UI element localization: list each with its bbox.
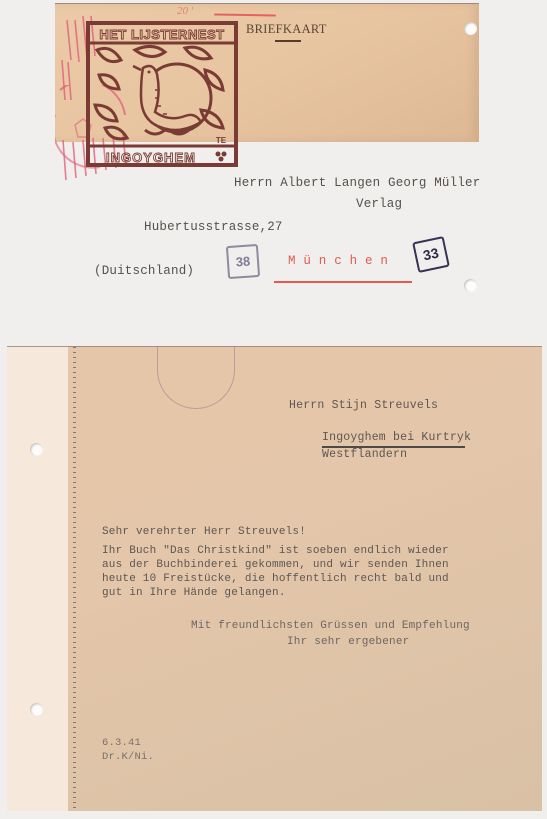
recipient-street: Hubertusstrasse,27	[144, 220, 283, 234]
punch-hole	[464, 279, 477, 292]
briefkaart-title: BRIEFKAART	[246, 22, 327, 37]
recipient-city: M ü n c h e n	[288, 254, 388, 268]
body-line-4: gut in Ihre Hände gelangen.	[102, 587, 286, 599]
pencil-note: 20 ′	[177, 5, 193, 17]
signature-line: Ihr sehr ergebener	[287, 636, 409, 648]
punch-hole	[464, 22, 477, 35]
svg-text:HET LIJSTERNEST: HET LIJSTERNEST	[99, 27, 224, 42]
het-lijsternest-logo: HET LIJSTERNEST INGOYGHEM TE	[85, 20, 239, 168]
body-line-1: Ihr Buch "Das Christkind" ist soeben end…	[102, 545, 449, 557]
recipient-line2: Verlag	[356, 197, 402, 211]
svg-text:TE: TE	[216, 136, 227, 145]
title-rule	[275, 40, 301, 42]
svg-text:INGOYGHEM: INGOYGHEM	[106, 150, 196, 165]
body-line-2: aus der Buchbinderei gekommen, und wir s…	[102, 559, 449, 571]
perforation-edge	[73, 347, 76, 809]
addressee-name: Herrn Stijn Streuvels	[289, 399, 438, 412]
tear-off-stub	[7, 346, 74, 811]
recipient-line1: Herrn Albert Langen Georg Müller	[234, 176, 480, 190]
censor-mark-38: 38	[226, 244, 260, 279]
body-line-3: heute 10 Freistücke, die hoffentlich rec…	[102, 573, 449, 585]
punch-hole	[30, 703, 43, 716]
letter-date: 6.3.41	[102, 737, 141, 749]
salutation: Sehr verehrter Herr Streuvels!	[102, 526, 306, 538]
city-underline	[274, 281, 412, 283]
recipient-country: (Duitschland)	[94, 264, 194, 278]
punch-hole	[30, 443, 43, 456]
addressee-region: Westflandern	[322, 448, 407, 461]
censor-mark-33: 33	[412, 236, 450, 273]
closing: Mit freundlichsten Grüssen und Empfehlun…	[191, 620, 470, 632]
addressee-place: Ingoyghem bei Kurtryk	[322, 431, 471, 444]
reference-initials: Dr.K/Ni.	[102, 751, 154, 763]
